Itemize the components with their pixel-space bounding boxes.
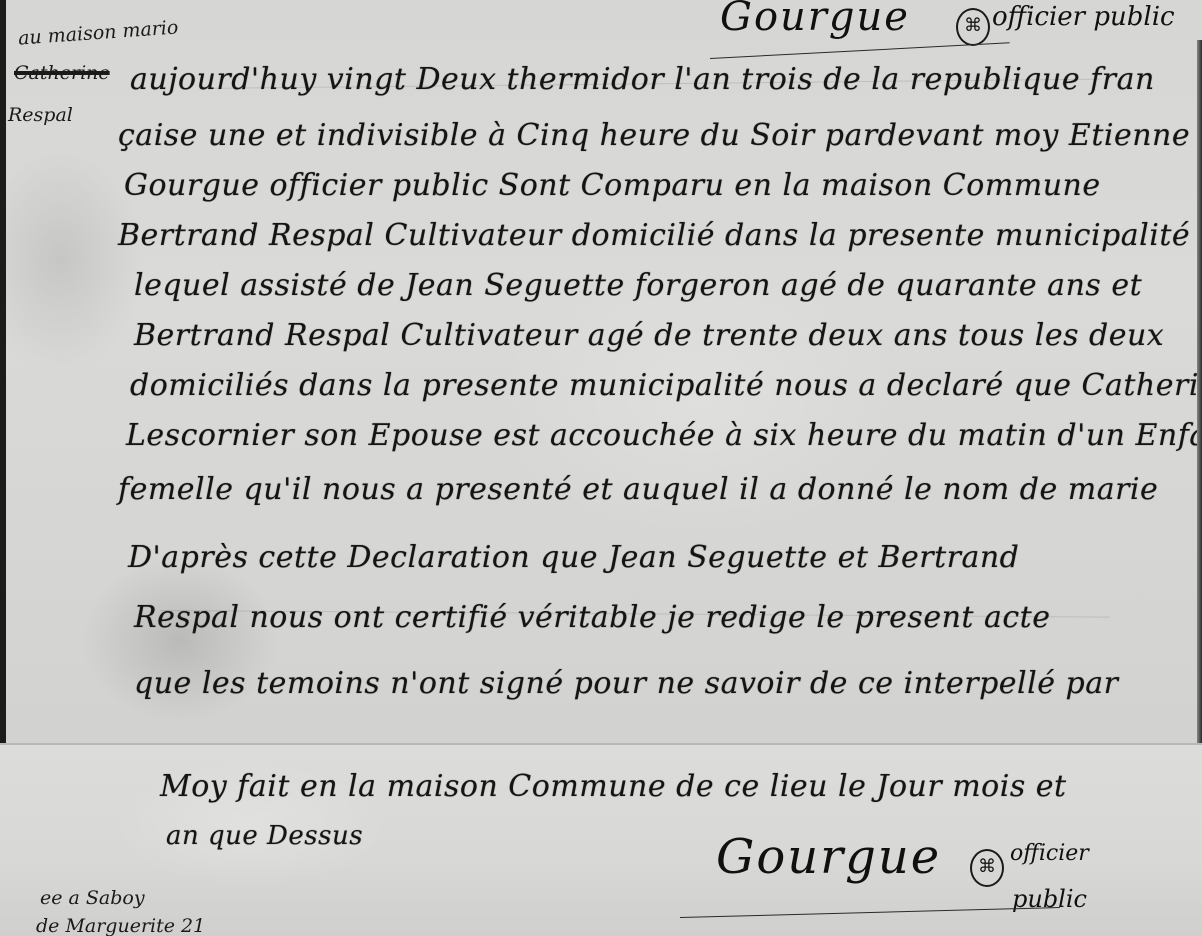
body-line: aujourd'huy vingt Deux thermidor l'an tr… xyxy=(130,62,1155,97)
paraph-seal-icon: ⌘ xyxy=(956,8,990,46)
body-line: Lescornier son Epouse est accouchée à si… xyxy=(126,418,1202,453)
margin-note: ee a Saboy xyxy=(40,887,145,909)
body-line: Bertrand Respal Cultivateur domicilié da… xyxy=(118,218,1190,253)
body-line: Respal nous ont certifié véritable je re… xyxy=(134,600,1051,635)
paraph-seal-icon: ⌘ xyxy=(970,849,1004,887)
body-line: domiciliés dans la presente municipalité… xyxy=(130,368,1202,403)
body-line: femelle qu'il nous a presenté et auquel … xyxy=(118,472,1158,507)
signature-flourish xyxy=(680,907,1060,918)
document-scan: Gourgue ⌘ officier public au maison mari… xyxy=(0,0,1202,936)
signature-flourish xyxy=(710,42,1010,59)
register-page-top: Gourgue ⌘ officier public au maison mari… xyxy=(0,0,1202,745)
margin-note-struck: Catherine xyxy=(14,62,110,84)
signature-bottom: Gourgue xyxy=(716,829,941,885)
body-line: D'après cette Declaration que Jean Segue… xyxy=(128,540,1019,575)
margin-note: Respal xyxy=(8,104,73,126)
signature-top-title: officier public xyxy=(992,2,1175,32)
margin-note: de Marguerite 21 xyxy=(36,915,205,936)
signature-bottom-title: officier xyxy=(1010,841,1089,866)
body-line: Gourgue officier public Sont Comparu en … xyxy=(124,168,1101,203)
register-page-bottom: Moy fait en la maison Commune de ce lieu… xyxy=(0,745,1202,936)
signature-top: Gourgue xyxy=(720,0,910,40)
closing-line: Moy fait en la maison Commune de ce lieu… xyxy=(160,769,1067,804)
body-line: çaise une et indivisible à Cinq heure du… xyxy=(118,118,1190,153)
body-line: que les temoins n'ont signé pour ne savo… xyxy=(134,666,1118,701)
body-line: lequel assisté de Jean Seguette forgeron… xyxy=(134,268,1142,303)
margin-note: au maison mario xyxy=(17,16,179,49)
body-line: Bertrand Respal Cultivateur agé de trent… xyxy=(134,318,1164,353)
closing-line: an que Dessus xyxy=(166,821,363,851)
